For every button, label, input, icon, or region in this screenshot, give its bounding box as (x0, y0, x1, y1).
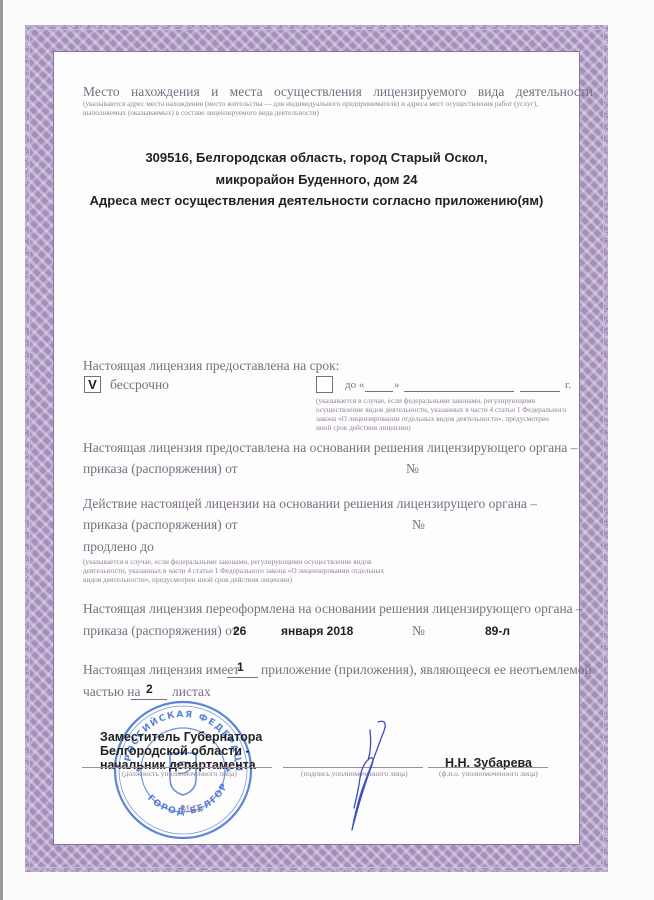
extension-line-2: приказа (распоряжения) от (83, 517, 238, 533)
until-prefix: до « (345, 379, 364, 391)
appendix-count: 1 (237, 660, 244, 674)
reissue-number: 89-л (485, 624, 510, 638)
grant-line-1: Настоящая лицензия предоставлена на осно… (83, 440, 577, 456)
reissue-day: 26 (233, 624, 246, 638)
term-note-1: (указывается в случае, если федеральными… (316, 396, 535, 405)
extension-note-3: видов деятельности», предусмотрен иной с… (83, 575, 292, 584)
address-line-2: микрорайон Буденного, дом 24 (53, 172, 580, 187)
until-month-field[interactable] (404, 391, 514, 392)
location-note-1: (указываются адрес места нахождения (мес… (83, 99, 538, 108)
handwritten-signature-icon (340, 718, 400, 838)
position-line-1: Заместитель Губернатора (100, 730, 262, 744)
grant-number-label: № (406, 461, 419, 477)
until-mid: » (394, 379, 400, 391)
appendix-count-field (227, 677, 258, 678)
location-heading: Место нахождения и места осуществления л… (83, 84, 580, 100)
extension-note-1: (указывается в случае, если федеральными… (83, 557, 371, 566)
appendix-text-after: приложение (приложения), являющееся ее н… (261, 662, 592, 678)
position-line-2: Белгородской области - (100, 744, 250, 758)
reissue-number-label: № (412, 623, 425, 639)
address-line-3: Адреса мест осуществления деятельности с… (53, 193, 580, 208)
term-note-2: осуществление видов деятельности, указан… (316, 405, 566, 414)
term-heading: Настоящая лицензия предоставлена на срок… (83, 358, 339, 374)
seal-label: М.П. (180, 803, 203, 815)
extension-number-label: № (412, 517, 425, 533)
appendix-sheets: 2 (146, 682, 153, 696)
position-line (82, 767, 272, 768)
extended-until-label: продлено до (83, 539, 154, 555)
location-note-2: выполняемых (оказываемых) в составе лице… (83, 108, 319, 117)
indefinite-checkbox[interactable]: V (84, 376, 101, 393)
until-suffix: г. (565, 379, 571, 391)
indefinite-label: бессрочно (110, 377, 169, 393)
address-line-1: 309516, Белгородская область, город Стар… (53, 150, 580, 165)
until-day-field[interactable] (365, 391, 393, 392)
name-caption: (ф.и.о. уполномоченного лица) (439, 769, 538, 778)
reissue-month-year: января 2018 (281, 624, 353, 638)
term-note-3: закона «О лицензировании отдельных видов… (316, 414, 549, 423)
name-line (428, 767, 548, 768)
extension-note-2: деятельности, указанных в части 4 статьи… (83, 566, 384, 575)
until-year-field[interactable] (520, 391, 560, 392)
until-date-checkbox[interactable] (316, 376, 333, 393)
scan-edge (0, 0, 3, 900)
term-note-4: иной срок действия лицензии) (316, 423, 411, 432)
appendix-text-before: Настоящая лицензия имеет (83, 662, 239, 678)
grant-line-2: приказа (распоряжения) от (83, 461, 238, 477)
position-caption: (должность уполномоченного лица) (122, 769, 237, 778)
reissue-line-1: Настоящая лицензия переоформлена на осно… (83, 601, 583, 617)
reissue-line-2: приказа (распоряжения) от (83, 623, 238, 639)
extension-line-1: Действие настоящей лицензии на основании… (83, 496, 537, 512)
